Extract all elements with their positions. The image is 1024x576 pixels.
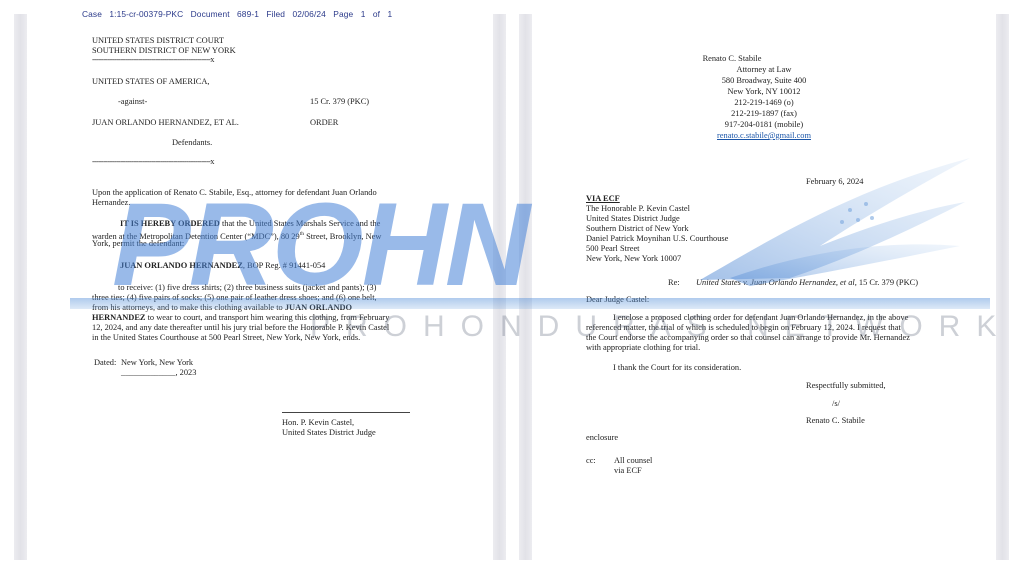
sender-name: Renato C. Stabile bbox=[703, 54, 762, 64]
letter-date: February 6, 2024 bbox=[806, 177, 863, 187]
enclosure-label: enclosure bbox=[586, 433, 618, 443]
re-case-name: United States v. Juan Orlando Hernandez,… bbox=[696, 278, 855, 287]
defendant-name-bold: JUAN ORLANDO HERNANDEZ bbox=[120, 261, 243, 270]
defendant-reg: JUAN ORLANDO HERNANDEZ, BOP Reg. # 91441… bbox=[120, 261, 325, 271]
recipient-line-1: The Honorable P. Kevin Castel bbox=[586, 204, 690, 214]
ordered-paragraph: IT IS HEREBY ORDERED that the United Sta… bbox=[120, 219, 380, 229]
page2-left-edge bbox=[519, 14, 532, 560]
court-name: UNITED STATES DISTRICT COURT bbox=[92, 36, 224, 46]
page1-left-edge bbox=[14, 14, 27, 560]
body-line-3: the Court endorse the accompanying order… bbox=[586, 333, 910, 343]
ordered-bold: IT IS HEREBY ORDERED bbox=[120, 219, 220, 228]
bop-reg-number: , BOP Reg. # 91441-054 bbox=[243, 261, 326, 270]
judge-title: United States District Judge bbox=[282, 428, 376, 438]
re-line: United States v. Juan Orlando Hernandez,… bbox=[696, 278, 918, 288]
ordered-text-2b: Street, Brooklyn, New bbox=[304, 232, 381, 241]
thanks-line: I thank the Court for its consideration. bbox=[613, 363, 741, 373]
receive-text-3a: from his attorneys, and to make this clo… bbox=[92, 303, 285, 312]
email-link[interactable]: renato.c.stabile@gmail.com bbox=[717, 131, 811, 141]
re-case-number: , 15 Cr. 379 (PKC) bbox=[855, 278, 918, 287]
phone-office: 212-219-1469 (o) bbox=[734, 98, 793, 108]
signature: /s/ bbox=[832, 399, 840, 409]
cc-line-1: All counsel bbox=[614, 456, 652, 466]
receive-line-6: in the United States Courthouse at 500 P… bbox=[92, 333, 360, 343]
receive-line-5: 12, 2024, and any date thereafter until … bbox=[92, 323, 389, 333]
phone-mobile: 917-204-0181 (mobile) bbox=[725, 120, 803, 130]
dated-place: New York, New York bbox=[121, 358, 193, 368]
caption-divider: ----------------------------------------… bbox=[92, 55, 214, 65]
salutation: Dear Judge Castel: bbox=[586, 295, 649, 305]
judge-name: Hon. P. Kevin Castel, bbox=[282, 418, 354, 428]
body-line-2: referenced matter, the trial of which is… bbox=[586, 323, 901, 333]
body-line-1: I enclose a proposed clothing order for … bbox=[613, 313, 908, 323]
receive-text-4b: to wear to court, and transport him wear… bbox=[146, 313, 390, 322]
signature-line bbox=[282, 412, 410, 413]
recipient-line-3: Southern District of New York bbox=[586, 224, 689, 234]
closing: Respectfully submitted, bbox=[806, 381, 886, 391]
plaintiff: UNITED STATES OF AMERICA, bbox=[92, 77, 210, 87]
recipient-line-2: United States District Judge bbox=[586, 214, 680, 224]
wing-watermark-icon bbox=[690, 150, 980, 290]
against-label: -against- bbox=[118, 97, 147, 107]
application-text: Upon the application of Renato C. Stabil… bbox=[92, 188, 377, 198]
cc-label: cc: bbox=[586, 456, 596, 466]
application-text-2: Hernandez. bbox=[92, 198, 130, 208]
defendants-label: Defendants. bbox=[172, 138, 212, 148]
body-line-4: with appropriate clothing for trial. bbox=[586, 343, 700, 353]
recipient-line-5: 500 Pearl Street bbox=[586, 244, 640, 254]
case-number: 15 Cr. 379 (PKC) bbox=[310, 97, 369, 107]
dated-label: Dated: bbox=[94, 358, 116, 368]
recipient-line-4: Daniel Patrick Moynihan U.S. Courthouse bbox=[586, 234, 728, 244]
receive-bold-3b: JUAN ORLANDO bbox=[285, 303, 352, 312]
recipient-line-6: New York, New York 10007 bbox=[586, 254, 681, 264]
document-type: ORDER bbox=[310, 118, 338, 128]
caption-divider-bottom: ----------------------------------------… bbox=[92, 157, 214, 167]
dated-blank: _____________, 2023 bbox=[121, 368, 196, 378]
receive-line-4: HERNANDEZ to wear to court, and transpor… bbox=[92, 313, 389, 323]
cc-line-2: via ECF bbox=[614, 466, 642, 476]
receive-line-3: from his attorneys, and to make this clo… bbox=[92, 303, 352, 313]
page1-right-edge bbox=[493, 14, 506, 560]
signer-name: Renato C. Stabile bbox=[806, 416, 865, 426]
via-ecf: VIA ECF bbox=[586, 194, 620, 204]
receive-line-2: three ties; (4) five pairs of socks; (5)… bbox=[92, 293, 377, 303]
sender-address-2: New York, NY 10012 bbox=[728, 87, 801, 97]
ordered-text: that the United States Marshals Service … bbox=[220, 219, 380, 228]
receive-bold-4a: HERNANDEZ bbox=[92, 313, 146, 322]
sender-title: Attorney at Law bbox=[737, 65, 792, 75]
receive-line-1: to receive: (1) five dress shirts; (2) t… bbox=[118, 283, 376, 293]
sender-address-1: 580 Broadway, Suite 400 bbox=[722, 76, 807, 86]
filing-header: Case 1:15-cr-00379-PKC Document 689-1 Fi… bbox=[82, 9, 392, 19]
ordered-line-3: York, permit the defendant: bbox=[92, 239, 184, 249]
defendant-caption: JUAN ORLANDO HERNANDEZ, ET AL. bbox=[92, 118, 239, 128]
re-label: Re: bbox=[668, 278, 680, 288]
page2-right-edge bbox=[996, 14, 1009, 560]
phone-fax: 212-219-1897 (fax) bbox=[731, 109, 797, 119]
